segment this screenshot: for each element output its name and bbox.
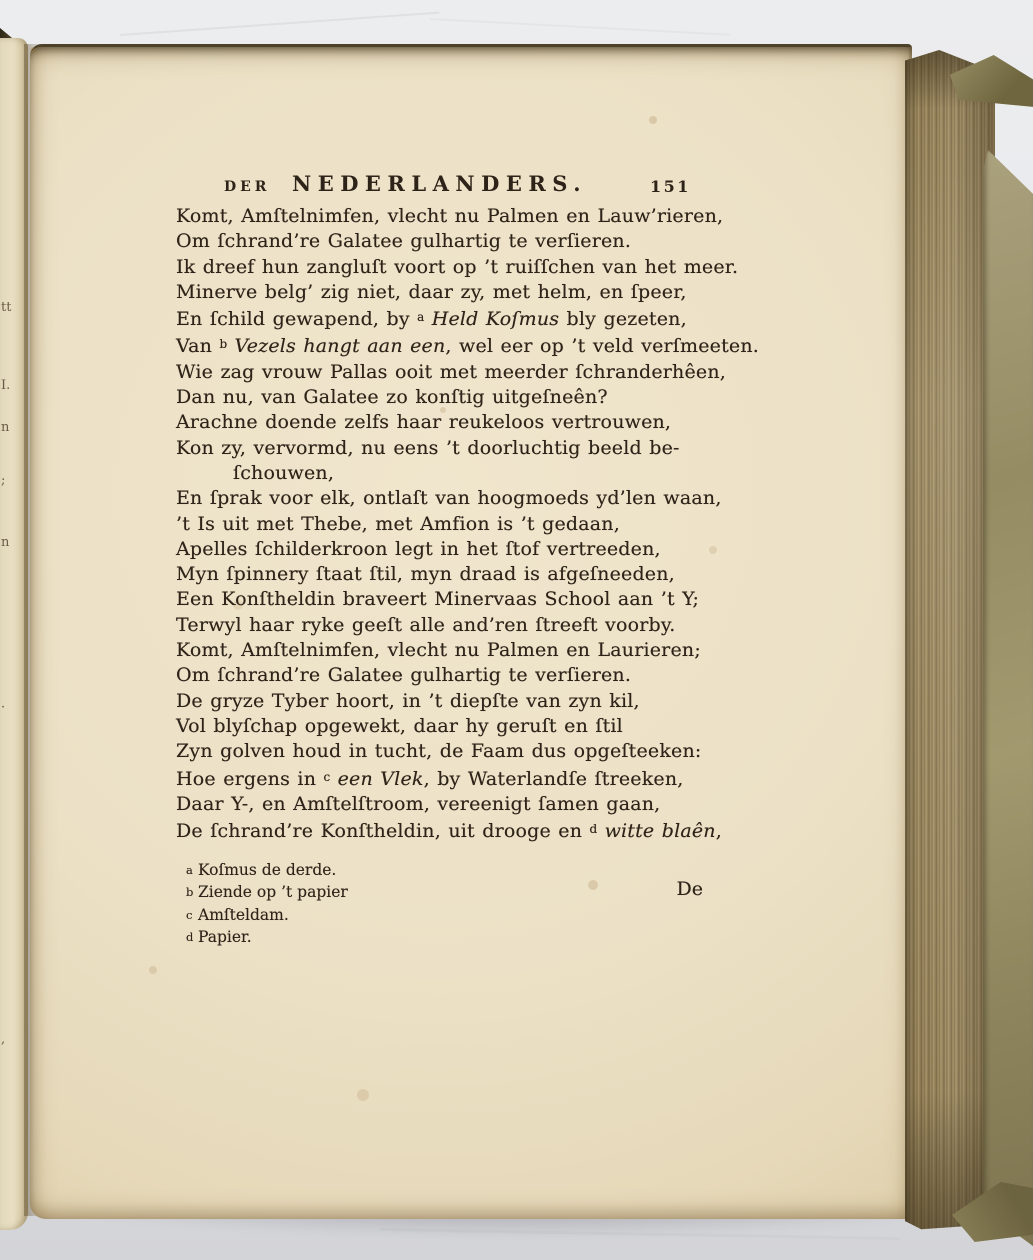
footnote: aKoſmus de derde. bbox=[186, 859, 348, 881]
backdrop-crease bbox=[120, 12, 439, 36]
footnote-mark: d bbox=[186, 926, 198, 948]
facing-page-text-fragment: , bbox=[1, 1032, 5, 1047]
poem-line: ’t Is uit met Thebe, met Amfion is ’t ge… bbox=[176, 512, 736, 537]
poem-line: Minerve belg’ zig niet, daar zy, met hel… bbox=[176, 280, 736, 305]
footnote-mark: b bbox=[186, 881, 198, 903]
facing-page-text-fragment: n bbox=[1, 535, 9, 550]
footnote: bZiende op ’t papier bbox=[186, 881, 348, 903]
facing-page-text-fragment: n bbox=[1, 420, 9, 435]
poem-line: Komt, Amſtelnimfen, vlecht nu Palmen en … bbox=[176, 204, 736, 229]
poem-line: Myn ſpinnery ſtaat ſtil, myn draad is af… bbox=[176, 562, 736, 587]
poem-line: Terwyl haar ryke geeſt alle and’ren ſtre… bbox=[176, 613, 736, 638]
poem-line: Dan nu, van Galatee zo konſtig uitgeſneê… bbox=[176, 385, 736, 410]
poem-line: Ik dreef hun zangluſt voort op ’t ruiſſc… bbox=[176, 255, 736, 280]
poem-line: Om ſchrand’re Galatee gulhartig te verſi… bbox=[176, 663, 736, 688]
backdrop-crease bbox=[430, 18, 730, 36]
facing-page-text-fragment: ; bbox=[1, 473, 5, 488]
footnote-text: Papier. bbox=[198, 928, 252, 946]
facing-page-text-fragment: I. bbox=[1, 378, 10, 393]
poem-line: ſchouwen, bbox=[176, 461, 736, 486]
page-number: 151 bbox=[650, 177, 691, 196]
poem-line: De gryze Tyber hoort, in ’t diepſte van … bbox=[176, 689, 736, 714]
facing-page-text-fragment: · bbox=[1, 700, 5, 715]
footnotes: aKoſmus de derde.bZiende op ’t papiercAm… bbox=[186, 859, 348, 949]
poem-line: Kon zy, vervormd, nu eens ’t doorluchtig… bbox=[176, 436, 736, 461]
poem-line: En ſprak voor elk, ontlaſt van hoogmoeds… bbox=[176, 486, 736, 511]
poem-line: Apelles ſchilderkroon legt in het ſtof v… bbox=[176, 537, 736, 562]
footnote-text: Amſteldam. bbox=[198, 906, 289, 924]
foxing-spots bbox=[30, 47, 36, 53]
running-head-title: NEDERLANDERS. bbox=[292, 171, 587, 196]
book-page: DER NEDERLANDERS. 151 Komt, Amſtelnimfen… bbox=[30, 44, 912, 1219]
poem-line: Hoe ergens in c een Vlek, by Waterlandſe… bbox=[176, 765, 736, 792]
poem-line: Zyn golven houd in tucht, de Faam dus op… bbox=[176, 739, 736, 764]
poem-line: Een Konſtheldin braveert Minervaas Schoo… bbox=[176, 587, 736, 612]
footnote-mark: c bbox=[186, 904, 198, 926]
poem-line: Komt, Amſtelnimfen, vlecht nu Palmen en … bbox=[176, 638, 736, 663]
poem-line: Wie zag vrouw Pallas ooit met meerder ſc… bbox=[176, 360, 736, 385]
footnote-text: Koſmus de derde. bbox=[198, 861, 336, 879]
footnote: cAmſteldam. bbox=[186, 904, 348, 926]
book-fore-edge bbox=[905, 50, 995, 1234]
running-head-section: DER bbox=[224, 179, 270, 195]
poem-line: Daar Y-, en Amſtelſtroom, vereenigt ſame… bbox=[176, 792, 736, 817]
footnote-mark: a bbox=[186, 859, 198, 881]
footnote: dPapier. bbox=[186, 926, 348, 948]
poem-line: De ſchrand’re Konſtheldin, uit drooge en… bbox=[176, 817, 736, 844]
footnote-text: Ziende op ’t papier bbox=[198, 883, 348, 901]
vellum-cover-edge bbox=[983, 150, 1033, 1246]
poem-line: Vol blyſchap opgewekt, daar hy geruſt en… bbox=[176, 714, 736, 739]
facing-page-text-fragment: tt bbox=[1, 300, 11, 315]
photo-of-book-page: { "book": { "header": { "section_word": … bbox=[0, 0, 1033, 1260]
poem-lines: Komt, Amſtelnimfen, vlecht nu Palmen en … bbox=[176, 204, 736, 844]
poem-line: Arachne doende zelfs haar reukeloos vert… bbox=[176, 410, 736, 435]
poem-line: Om ſchrand’re Galatee gulhartig te verſi… bbox=[176, 229, 736, 254]
poem-line: Van b Vezels hangt aan een, wel eer op ’… bbox=[176, 332, 736, 359]
poem-line: En ſchild gewapend, by a Held Koſmus bly… bbox=[176, 305, 736, 332]
